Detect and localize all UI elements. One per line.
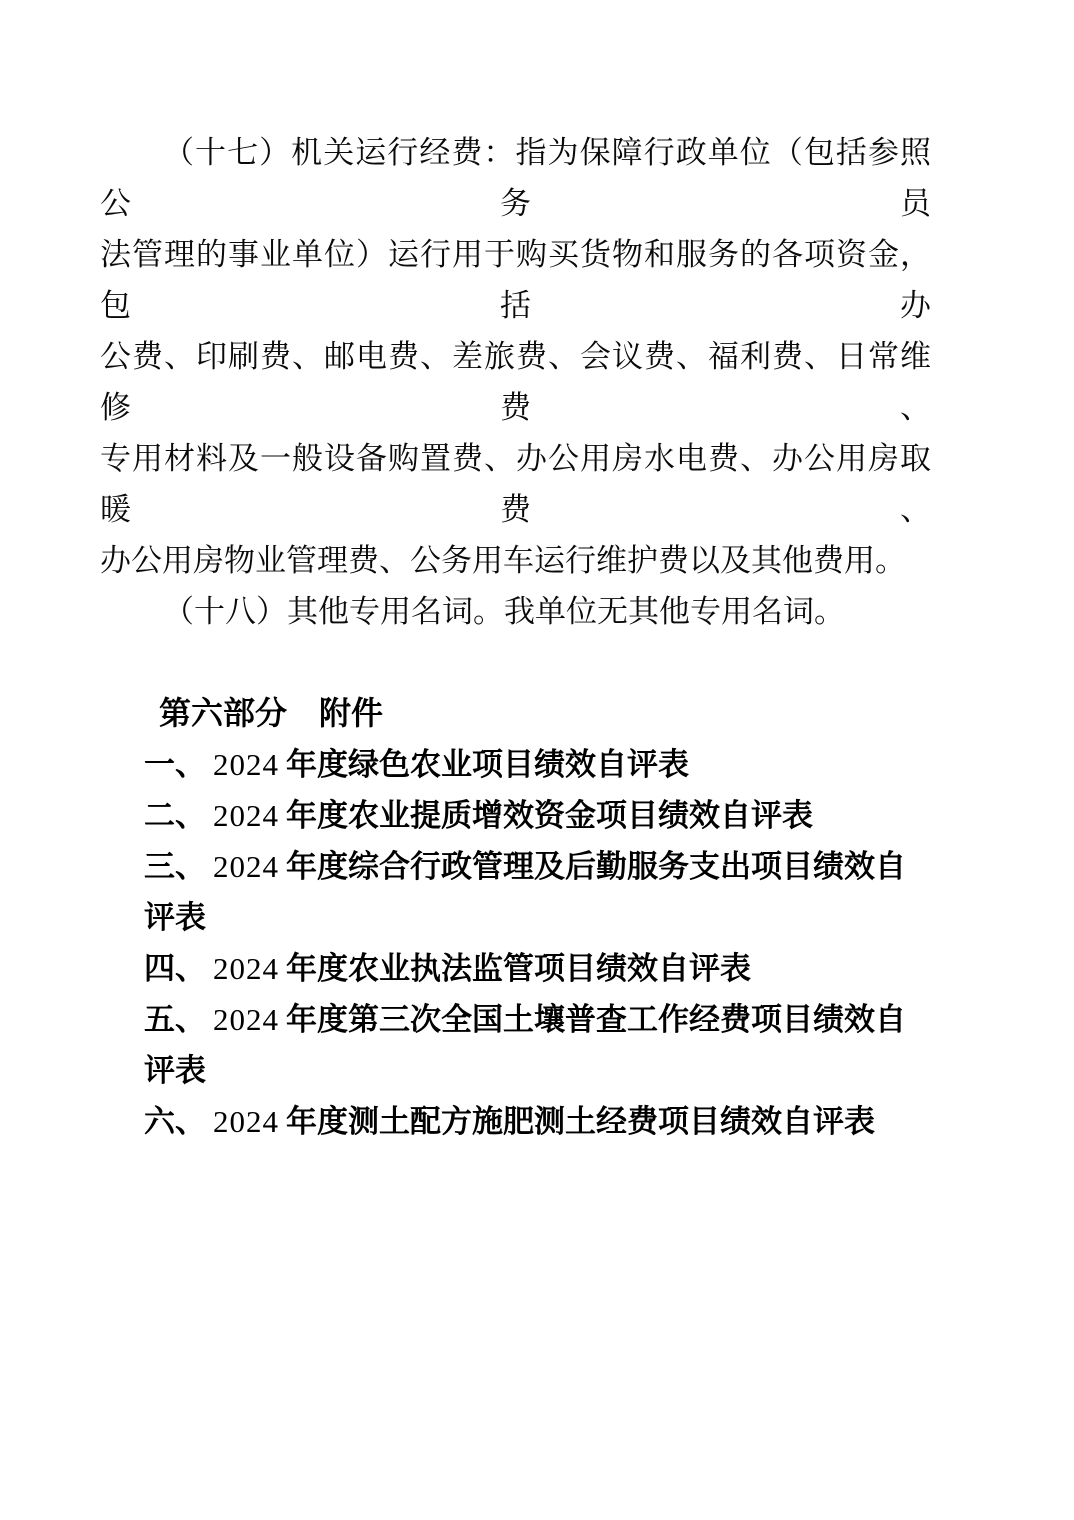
attachment-title: 年度农业执法监管项目绩效自评表 <box>286 951 751 986</box>
body-line-4: 专用材料及一般设备购置费、办公用房水电费、办公用房取暖费、 <box>100 433 931 535</box>
paragraph-17: （十七）机关运行经费：指为保障行政单位（包括参照公务员 法管理的事业单位）运行用… <box>100 127 931 586</box>
section-heading: 第六部分 附件 <box>100 688 931 739</box>
body-line-5: 办公用房物业管理费、公务用车运行维护费以及其他费用。 <box>100 535 931 586</box>
attachment-year: 2024 <box>213 1104 279 1139</box>
body-line-6: （十八）其他专用名词。我单位无其他专用名词。 <box>100 586 931 637</box>
attachment-ordinal: 一、 <box>144 747 206 782</box>
attachment-item-1: 一、2024年度绿色农业项目绩效自评表 <box>100 739 931 790</box>
attachment-year: 2024 <box>213 849 279 884</box>
attachment-year: 2024 <box>213 747 279 782</box>
body-line-1: （十七）机关运行经费：指为保障行政单位（包括参照公务员 <box>100 127 931 229</box>
attachment-ordinal: 四、 <box>144 951 206 986</box>
attachment-year: 2024 <box>213 1002 279 1037</box>
attachment-item-2: 二、2024年度农业提质增效资金项目绩效自评表 <box>100 790 931 841</box>
attachment-year: 2024 <box>213 798 279 833</box>
attachment-ordinal: 六、 <box>144 1104 206 1139</box>
attachment-ordinal: 五、 <box>144 1002 206 1037</box>
document-page: （十七）机关运行经费：指为保障行政单位（包括参照公务员 法管理的事业单位）运行用… <box>0 0 1074 1520</box>
attachment-item-5: 五、2024年度第三次全国土壤普查工作经费项目绩效自评表 <box>100 994 931 1096</box>
paragraph-18: （十八）其他专用名词。我单位无其他专用名词。 <box>100 586 931 637</box>
body-line-2: 法管理的事业单位）运行用于购买货物和服务的各项资金，包括办 <box>100 229 931 331</box>
attachment-year: 2024 <box>213 951 279 986</box>
attachment-item-4: 四、2024年度农业执法监管项目绩效自评表 <box>100 943 931 994</box>
attachment-title: 年度测土配方施肥测土经费项目绩效自评表 <box>286 1104 875 1139</box>
attachment-title: 年度农业提质增效资金项目绩效自评表 <box>286 798 813 833</box>
attachment-ordinal: 三、 <box>144 849 206 884</box>
attachment-item-3: 三、2024年度综合行政管理及后勤服务支出项目绩效自评表 <box>100 841 931 943</box>
attachment-ordinal: 二、 <box>144 798 206 833</box>
attachment-list: 一、2024年度绿色农业项目绩效自评表 二、2024年度农业提质增效资金项目绩效… <box>100 739 931 1147</box>
page-content: （十七）机关运行经费：指为保障行政单位（包括参照公务员 法管理的事业单位）运行用… <box>100 127 931 1147</box>
body-line-3: 公费、印刷费、邮电费、差旅费、会议费、福利费、日常维修费、 <box>100 331 931 433</box>
attachment-title: 年度绿色农业项目绩效自评表 <box>286 747 689 782</box>
attachment-item-6: 六、2024年度测土配方施肥测土经费项目绩效自评表 <box>100 1096 931 1147</box>
